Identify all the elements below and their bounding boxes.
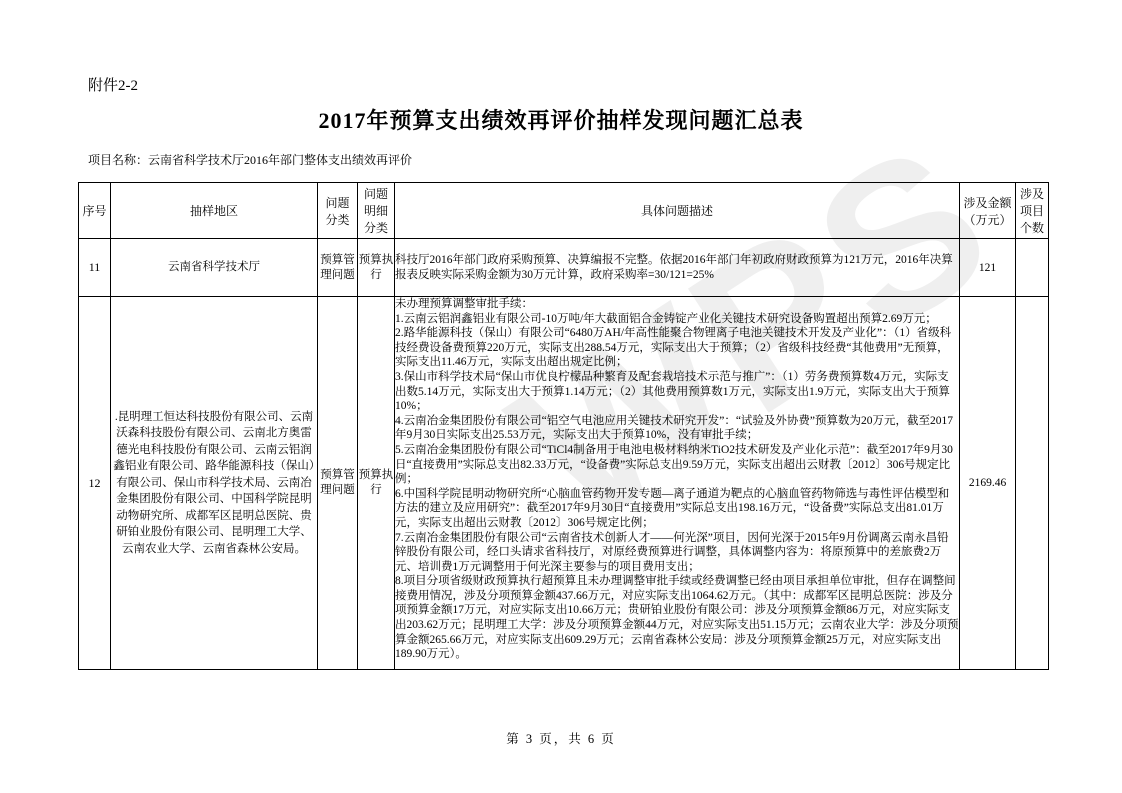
issues-table-container: 序号 抽样地区 问题分类 问题明细分类 具体问题描述 涉及金额（万元） 涉及项目… xyxy=(78,182,1049,670)
header-region: 抽样地区 xyxy=(111,183,318,239)
cell-subcategory: 预算执行 xyxy=(358,297,395,670)
page-title: 2017年预算支出绩效再评价抽样发现问题汇总表 xyxy=(0,104,1122,135)
cell-description: 科技厅2016年部门政府采购预算、决算编报不完整。依据2016年部门年初政府财政… xyxy=(395,239,960,297)
cell-amount: 121 xyxy=(960,239,1016,297)
table-row: 12 .昆明理工恒达科技股份有限公司、云南沃森科技股份有限公司、云南北方奥雷德光… xyxy=(79,297,1049,670)
table-row: 11 云南省科学技术厅 预算管理问题 预算执行 科技厅2016年部门政府采购预算… xyxy=(79,239,1049,297)
header-project-count: 涉及项目个数 xyxy=(1016,183,1049,239)
cell-category: 预算管理问题 xyxy=(318,297,358,670)
header-amount: 涉及金额（万元） xyxy=(960,183,1016,239)
header-subcategory: 问题明细分类 xyxy=(358,183,395,239)
cell-project-count xyxy=(1016,297,1049,670)
cell-subcategory: 预算执行 xyxy=(358,239,395,297)
table-header-row: 序号 抽样地区 问题分类 问题明细分类 具体问题描述 涉及金额（万元） 涉及项目… xyxy=(79,183,1049,239)
header-category: 问题分类 xyxy=(318,183,358,239)
cell-project-count xyxy=(1016,239,1049,297)
cell-region: 云南省科学技术厅 xyxy=(111,239,318,297)
issues-table: 序号 抽样地区 问题分类 问题明细分类 具体问题描述 涉及金额（万元） 涉及项目… xyxy=(78,182,1049,670)
cell-region: .昆明理工恒达科技股份有限公司、云南沃森科技股份有限公司、云南北方奥雷德光电科技… xyxy=(111,297,318,670)
cell-description: 未办理预算调整审批手续： 1.云南云铝润鑫铝业有限公司-10万吨/年大截面铝合金… xyxy=(395,297,960,670)
attachment-label: 附件2-2 xyxy=(88,74,138,95)
header-seq: 序号 xyxy=(79,183,111,239)
page-number-footer: 第 3 页，共 6 页 xyxy=(0,729,1122,747)
cell-seq: 12 xyxy=(79,297,111,670)
header-description: 具体问题描述 xyxy=(395,183,960,239)
cell-seq: 11 xyxy=(79,239,111,297)
cell-category: 预算管理问题 xyxy=(318,239,358,297)
project-name-line: 项目名称：云南省科学技术厅2016年部门整体支出绩效再评价 xyxy=(88,151,412,168)
cell-amount: 2169.46 xyxy=(960,297,1016,670)
